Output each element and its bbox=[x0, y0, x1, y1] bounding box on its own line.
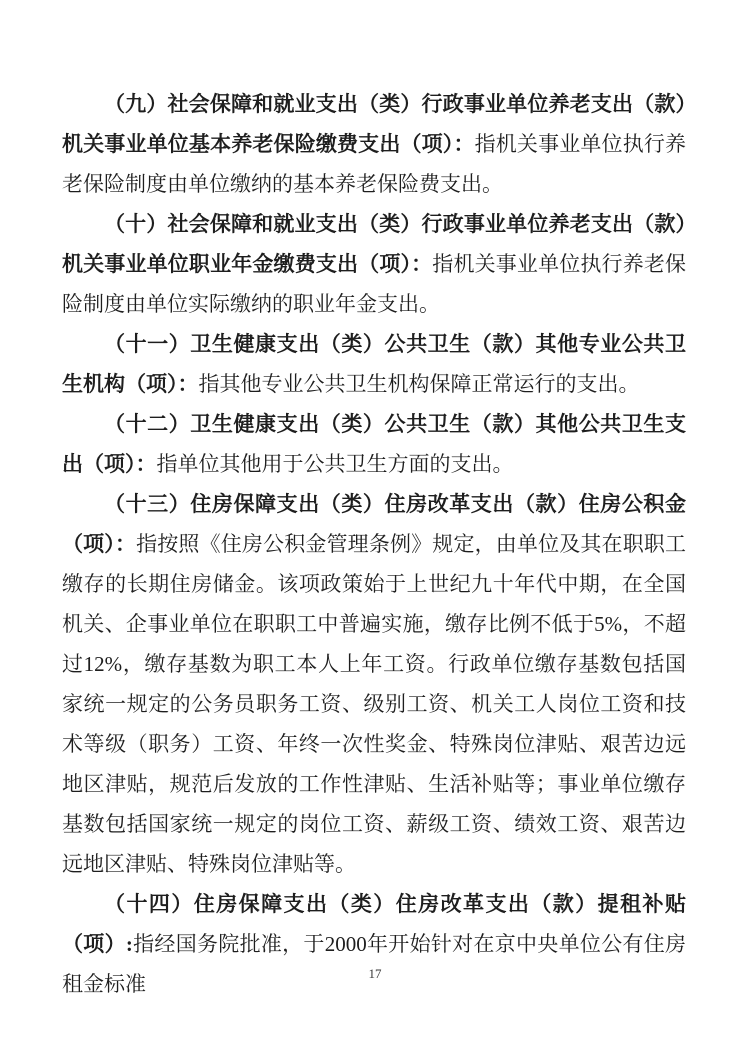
clause-body-14: 指经国务院批准，于2000年开始针对在京中央单位公有住房租金标准 bbox=[62, 932, 686, 996]
paragraph-item-12: （十二）卫生健康支出（类）公共卫生（款）其他公共卫生支出（项）：指单位其他用于公… bbox=[62, 404, 686, 484]
paragraph-item-14: （十四）住房保障支出（类）住房改革支出（款）提租补贴（项）:指经国务院批准，于2… bbox=[62, 884, 686, 1004]
clause-body-12: 指单位其他用于公共卫生方面的支出。 bbox=[157, 452, 514, 476]
paragraph-item-11: （十一）卫生健康支出（类）公共卫生（款）其他专业公共卫生机构（项）：指其他专业公… bbox=[62, 324, 686, 404]
clause-body-11: 指其他专业公共卫生机构保障正常运行的支出。 bbox=[199, 372, 640, 396]
paragraph-item-13: （十三）住房保障支出（类）住房改革支出（款）住房公积金（项）：指按照《住房公积金… bbox=[62, 484, 686, 884]
paragraph-item-9: （九）社会保障和就业支出（类）行政事业单位养老支出（款）机关事业单位基本养老保险… bbox=[62, 84, 686, 204]
page-content: （九）社会保障和就业支出（类）行政事业单位养老支出（款）机关事业单位基本养老保险… bbox=[62, 84, 686, 1004]
page-number: 17 bbox=[0, 966, 750, 982]
clause-body-13: 指按照《住房公积金管理条例》规定，由单位及其在职职工缴存的长期住房储金。该项政策… bbox=[62, 532, 686, 876]
page: （九）社会保障和就业支出（类）行政事业单位养老支出（款）机关事业单位基本养老保险… bbox=[0, 0, 750, 1060]
document-page: { "page": { "number": "17" }, "document"… bbox=[0, 0, 750, 1060]
paragraph-item-10: （十）社会保障和就业支出（类）行政事业单位养老支出（款）机关事业单位职业年金缴费… bbox=[62, 204, 686, 324]
